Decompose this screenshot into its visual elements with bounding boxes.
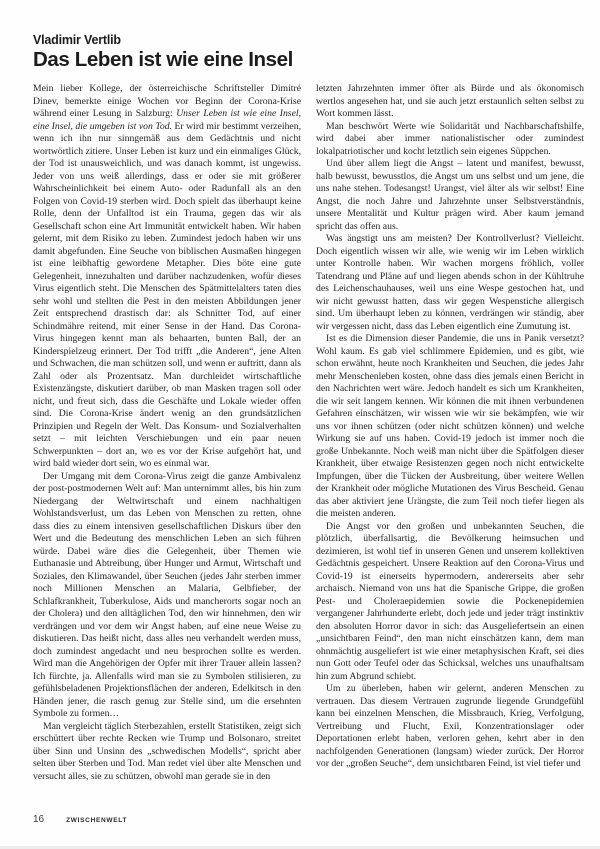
paragraph: Was ängstigt uns am meisten? Der Kontrol… bbox=[316, 233, 584, 333]
page-number: 16 bbox=[33, 814, 44, 825]
paragraph: Die Angst vor den großen und unbekannten… bbox=[316, 521, 584, 684]
article-content: Vladimir Vertlib Das Leben ist wie eine … bbox=[33, 34, 584, 783]
magazine-page: Vladimir Vertlib Das Leben ist wie eine … bbox=[0, 0, 600, 849]
two-column-text: Mein lieber Kollege, der österreichische… bbox=[33, 83, 584, 783]
journal-name: ZWISCHENWELT bbox=[66, 817, 127, 824]
paragraph: Man beschwört Werte wie Solidarität und … bbox=[316, 121, 584, 159]
left-column: Mein lieber Kollege, der österreichische… bbox=[33, 83, 301, 783]
paragraph: Man vergleicht täglich Sterbezahlen, ers… bbox=[33, 721, 301, 784]
paragraph: Und über allem liegt die Angst – latent … bbox=[316, 158, 584, 233]
paragraph: letzten Jahrzehnten immer öfter als Bürd… bbox=[316, 83, 584, 121]
article-author: Vladimir Vertlib bbox=[33, 34, 584, 48]
paragraph: Der Umgang mit dem Corona-Virus zeigt di… bbox=[33, 471, 301, 721]
paragraph: Um zu überleben, haben wir gelernt, ande… bbox=[316, 683, 584, 771]
paragraph: Mein lieber Kollege, der österreichische… bbox=[33, 83, 301, 471]
article-title: Das Leben ist wie eine Insel bbox=[33, 49, 584, 71]
page-footer: 16 ZWISCHENWELT bbox=[33, 814, 127, 825]
paragraph: Ist es die Dimension dieser Pandemie, di… bbox=[316, 333, 584, 521]
right-column: letzten Jahrzehnten immer öfter als Bürd… bbox=[316, 83, 584, 783]
paragraph-text: Er wird mir bestimmt verzeihen, wenn ich… bbox=[33, 121, 301, 470]
